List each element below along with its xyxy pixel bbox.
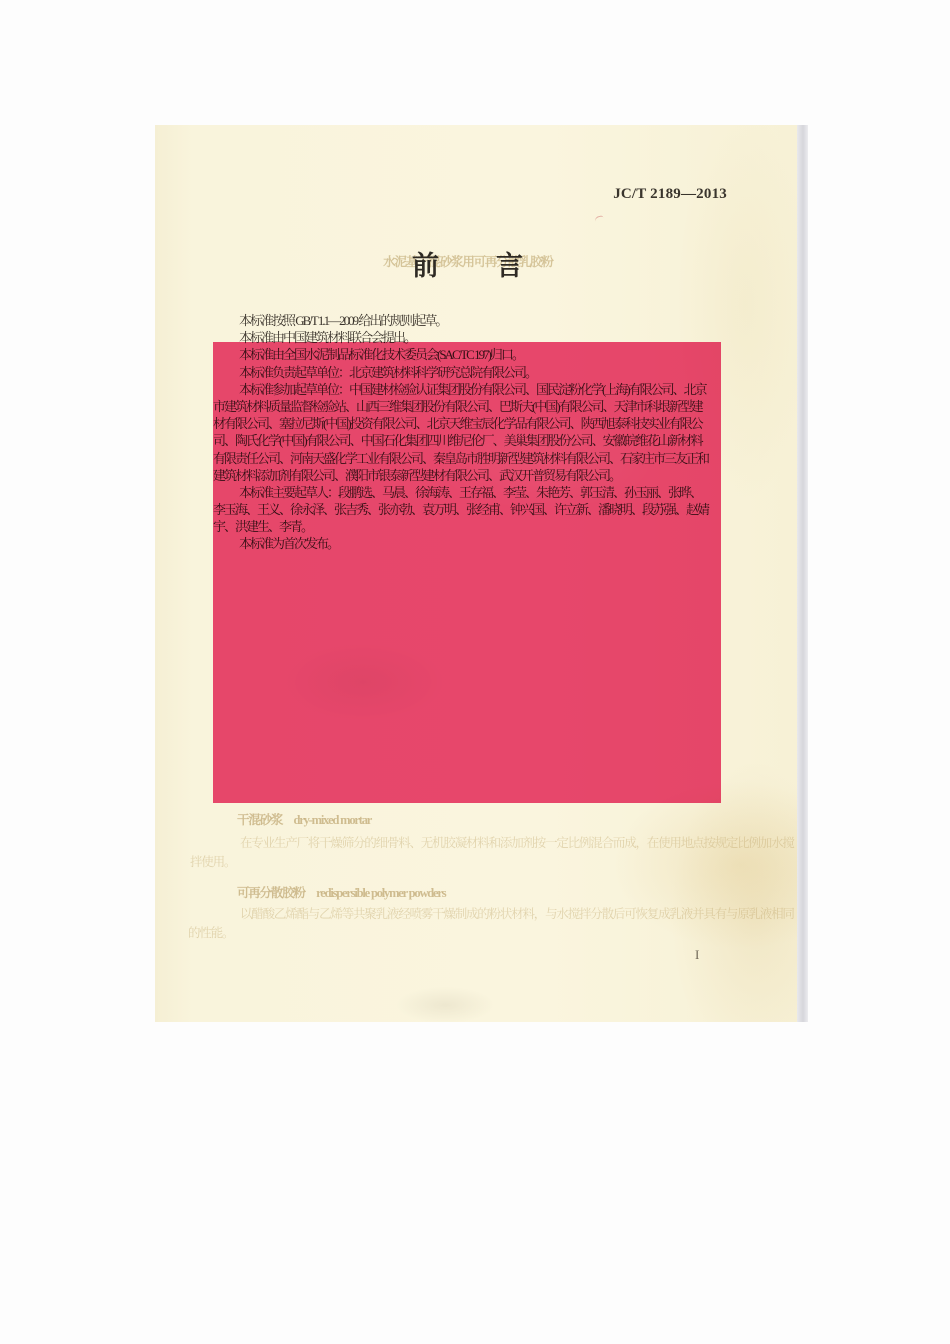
body-line: 材有限公司、塞拉尼斯(中国)投资有限公司、北京天维宝辰化学品有限公司、陕西旭泰科…	[213, 415, 725, 432]
foreword-body: 本标准按照 GB/T 1.1—2009 给出的规则起草。 本标准由中国建筑材料联…	[213, 312, 725, 553]
bleedthrough-definition-line: 拌使用。	[190, 852, 235, 870]
body-line: 李玉海、王义、徐永泽、张吉秀、张亦勃、袁万明、张经甫、钟兴国、许立新、潘晓明、段…	[213, 501, 725, 518]
bleedthrough-definition-line: 的性能。	[188, 923, 233, 941]
standard-number: JC/T 2189—2013	[547, 186, 727, 203]
body-line: 宇、洪建生、李青。	[213, 518, 725, 535]
scanned-document-canvas: JC/T 2189—2013 水泥基干混砂浆用可再分散乳胶粉 前 言 干混砂浆 …	[0, 0, 950, 1344]
scan-edge-shadow	[797, 125, 808, 1022]
body-line: 有限责任公司、河南天盛化学工业有限公司、秦皇岛市胜明新型建筑材料有限公司、石家庄…	[213, 450, 725, 467]
body-line: 本标准由全国水泥制品标准化技术委员会(SAC/TC 197)归口。	[213, 346, 725, 363]
body-line: 本标准参加起草单位：中国建材检验认证集团股份有限公司、国民淀粉化学(上海)有限公…	[213, 381, 725, 398]
body-line: 司、陶氏化学(中国)有限公司、中国石化集团四川维尼伦厂、美巢集团股份公司、安徽皖…	[213, 432, 725, 449]
body-line: 本标准由中国建筑材料联合会提出。	[213, 329, 725, 346]
body-line: 本标准负责起草单位：北京建筑材料科学研究总院有限公司。	[213, 364, 725, 381]
bleedthrough-definition-line: 在专业生产厂将干燥筛分的细骨料、无机胶凝材料和添加剂按一定比例混合而成，在使用地…	[240, 833, 794, 851]
foreword-title: 前 言	[213, 244, 723, 283]
bleedthrough-term-dry-mixed-mortar: 干混砂浆 dry-mixed mortar	[237, 810, 371, 828]
body-line: 本标准主要起草人：段鹏选、马晨、徐海涛、王存福、李莹、朱艳芳、郭玉清、孙玉丽、张…	[213, 484, 725, 501]
bleedthrough-definition-line: 以醋酸乙烯酯与乙烯等共聚乳液经喷雾干燥制成的粉状材料，与水搅拌分散后可恢复成乳液…	[240, 904, 794, 922]
body-line: 建筑材料添加剂有限公司、濮阳市银泰新型建材有限公司、武汉开普贸易有限公司。	[213, 467, 725, 484]
body-line: 市建筑材料质量监督检验站、山西三维集团股份有限公司、巴斯夫(中国)有限公司、天津…	[213, 398, 725, 415]
bleedthrough-term-redispersible-powder: 可再分散胶粉 redispersible polymer powders	[237, 883, 445, 901]
page-number: I	[695, 947, 699, 963]
body-line: 本标准为首次发布。	[213, 535, 725, 552]
body-line: 本标准按照 GB/T 1.1—2009 给出的规则起草。	[213, 312, 725, 329]
